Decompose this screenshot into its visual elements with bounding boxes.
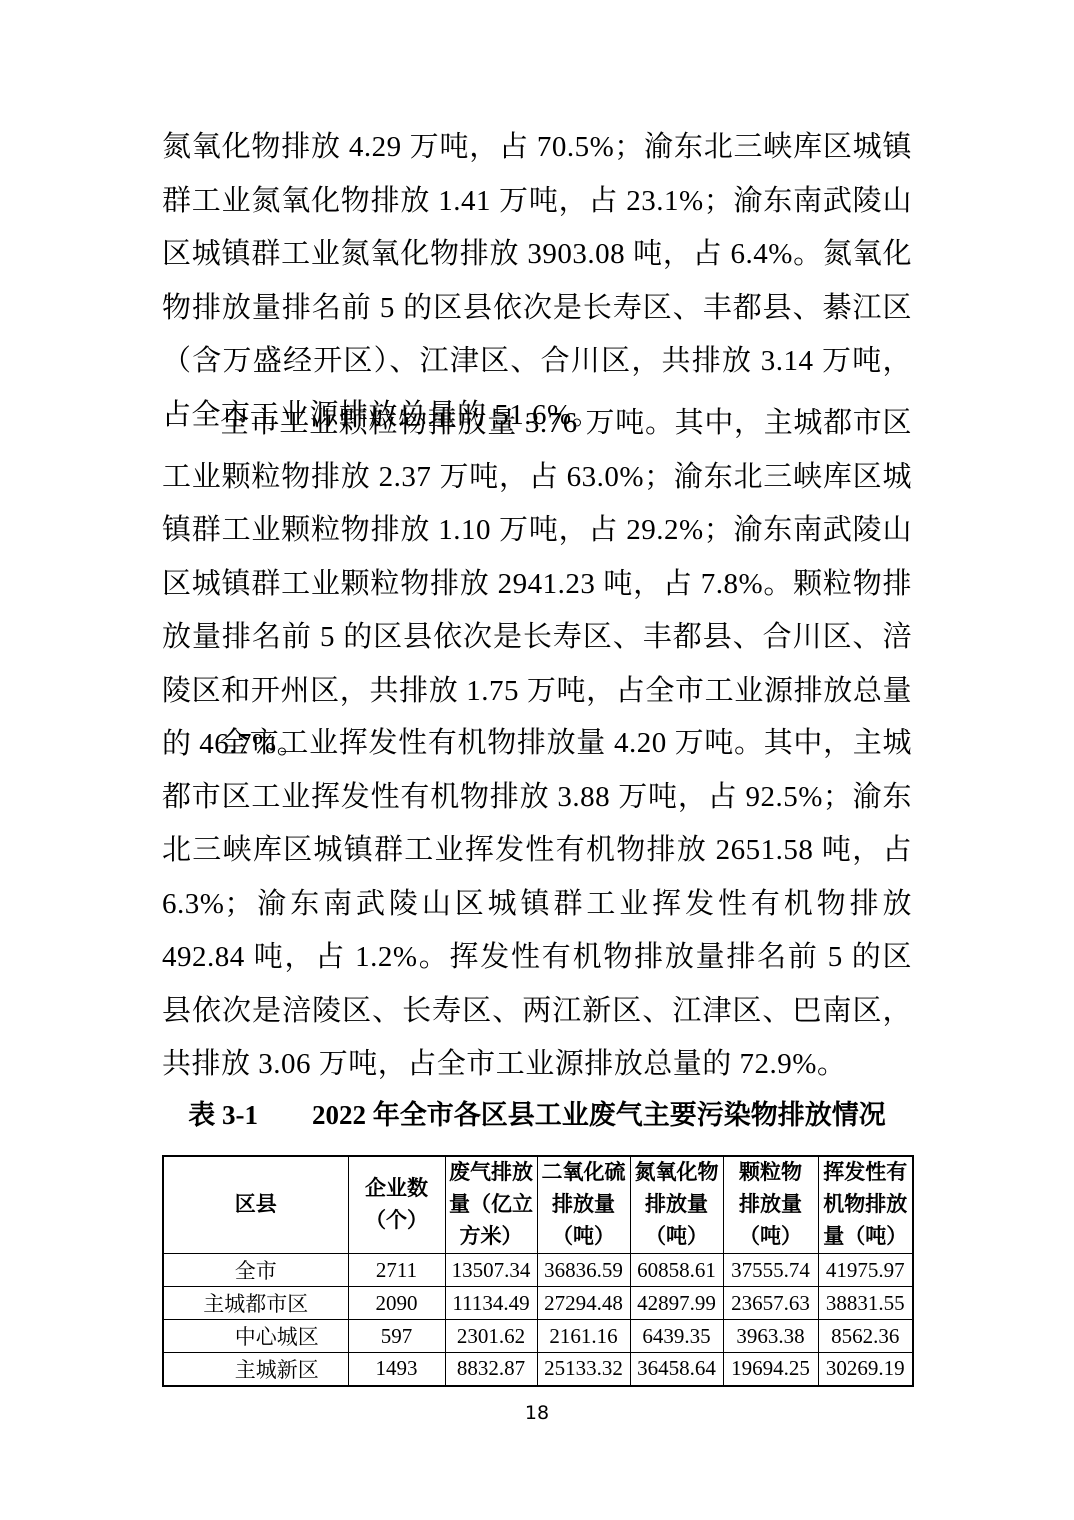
region-name: 主城新区 bbox=[163, 1353, 348, 1386]
table-cell: 36836.59 bbox=[537, 1254, 630, 1287]
table-cell: 42897.99 bbox=[630, 1287, 723, 1320]
table-cell: 6439.35 bbox=[630, 1320, 723, 1353]
table-cell: 25133.32 bbox=[537, 1353, 630, 1386]
table-row-main-new-district: 主城新区 1493 8832.87 25133.32 36458.64 1969… bbox=[163, 1353, 913, 1386]
column-header-nox: 氮氧化物 排放量 （吨） bbox=[630, 1156, 723, 1254]
table-cell: 30269.19 bbox=[818, 1353, 913, 1386]
region-name: 中心城区 bbox=[163, 1320, 348, 1353]
table-cell: 60858.61 bbox=[630, 1254, 723, 1287]
region-name: 全市 bbox=[163, 1254, 348, 1287]
paragraph-particulate-emissions: 全市工业颗粒物排放量 3.76 万吨。其中，主城都市区工业颗粒物排放 2.37 … bbox=[162, 397, 912, 772]
table-cell: 13507.34 bbox=[445, 1254, 537, 1287]
column-header-enterprises: 企业数 （个） bbox=[348, 1156, 445, 1254]
table-cell: 36458.64 bbox=[630, 1353, 723, 1386]
table-cell: 23657.63 bbox=[723, 1287, 818, 1320]
table-cell: 2711 bbox=[348, 1254, 445, 1287]
table-header-row: 区县 企业数 （个） 废气排放 量（亿立 方米） 二氧化硫 排放量 （吨） 氮氧… bbox=[163, 1156, 913, 1254]
column-header-voc: 挥发性有 机物排放 量（吨） bbox=[818, 1156, 913, 1254]
column-header-so2: 二氧化硫 排放量 （吨） bbox=[537, 1156, 630, 1254]
paragraph-voc-emissions: 全市工业挥发性有机物排放量 4.20 万吨。其中，主城都市区工业挥发性有机物排放… bbox=[162, 717, 912, 1092]
table-cell: 1493 bbox=[348, 1353, 445, 1386]
table-cell: 38831.55 bbox=[818, 1287, 913, 1320]
table-cell: 11134.49 bbox=[445, 1287, 537, 1320]
table-cell: 37555.74 bbox=[723, 1254, 818, 1287]
table-cell: 2301.62 bbox=[445, 1320, 537, 1353]
table-cell: 8562.36 bbox=[818, 1320, 913, 1353]
column-header-region: 区县 bbox=[163, 1156, 348, 1254]
table-title: 表 3-1 2022 年全市各区县工业废气主要污染物排放情况 bbox=[162, 1097, 912, 1134]
table-row-citywide: 全市 2711 13507.34 36836.59 60858.61 37555… bbox=[163, 1254, 913, 1287]
table-cell: 27294.48 bbox=[537, 1287, 630, 1320]
table-cell: 597 bbox=[348, 1320, 445, 1353]
table-row-central-urban: 中心城区 597 2301.62 2161.16 6439.35 3963.38… bbox=[163, 1320, 913, 1353]
column-header-waste-gas: 废气排放 量（亿立 方米） bbox=[445, 1156, 537, 1254]
table-cell: 3963.38 bbox=[723, 1320, 818, 1353]
table-cell: 8832.87 bbox=[445, 1353, 537, 1386]
table-cell: 2161.16 bbox=[537, 1320, 630, 1353]
paragraph-nox-emissions: 氮氧化物排放 4.29 万吨，占 70.5%；渝东北三峡库区城镇群工业氮氧化物排… bbox=[162, 121, 912, 442]
region-name: 主城都市区 bbox=[163, 1287, 348, 1320]
table-cell: 41975.97 bbox=[818, 1254, 913, 1287]
column-header-particulate: 颗粒物 排放量 （吨） bbox=[723, 1156, 818, 1254]
table-row-main-metro: 主城都市区 2090 11134.49 27294.48 42897.99 23… bbox=[163, 1287, 913, 1320]
table-cell: 19694.25 bbox=[723, 1353, 818, 1386]
table-cell: 2090 bbox=[348, 1287, 445, 1320]
emissions-table: 区县 企业数 （个） 废气排放 量（亿立 方米） 二氧化硫 排放量 （吨） 氮氧… bbox=[162, 1155, 914, 1387]
document-page: 氮氧化物排放 4.29 万吨，占 70.5%；渝东北三峡库区城镇群工业氮氧化物排… bbox=[0, 0, 1074, 1520]
page-number: 18 bbox=[0, 1402, 1074, 1424]
